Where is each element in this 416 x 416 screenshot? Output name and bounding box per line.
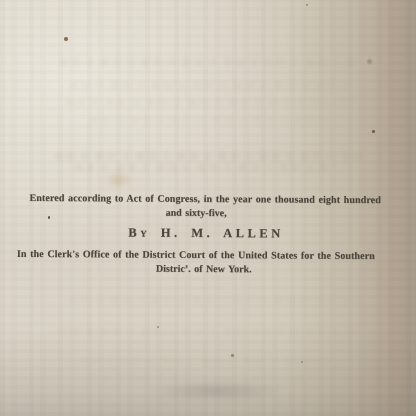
author-byline: By H. M. ALLEN bbox=[0, 225, 414, 243]
paper-smudge bbox=[150, 382, 282, 400]
showthrough-text-band bbox=[60, 58, 360, 66]
paper-speck bbox=[301, 361, 303, 363]
paper-speck bbox=[64, 37, 68, 41]
book-page-photo: Entered according to Act of Congress, in… bbox=[0, 0, 416, 416]
paper-speck bbox=[306, 4, 308, 6]
paper-stain bbox=[104, 172, 132, 188]
showthrough-text-band bbox=[55, 152, 365, 160]
copyright-entry-line-2: and sixty-five, bbox=[0, 206, 404, 222]
paper-speck bbox=[372, 130, 375, 133]
paper-speck bbox=[366, 58, 373, 65]
paper-speck bbox=[157, 326, 159, 328]
showthrough-text-band bbox=[75, 164, 335, 171]
copyright-text-block: Entered according to Act of Congress, in… bbox=[0, 192, 416, 278]
showthrough-text-band bbox=[70, 82, 350, 89]
clerk-office-line-2: Distric’. of New York. bbox=[0, 262, 412, 278]
showthrough-text-band bbox=[70, 297, 360, 303]
paper-speck bbox=[231, 354, 234, 357]
copyright-entry-line-1: Entered according to Act of Congress, in… bbox=[0, 192, 413, 208]
showthrough-text-band bbox=[60, 328, 360, 335]
showthrough-text-band bbox=[80, 358, 330, 364]
showthrough-text-band bbox=[90, 375, 320, 381]
showthrough-text-band bbox=[65, 99, 355, 106]
showthrough-text-band bbox=[90, 117, 330, 123]
clerk-office-line-1: In the Clerk's Office of the District Co… bbox=[0, 248, 404, 264]
